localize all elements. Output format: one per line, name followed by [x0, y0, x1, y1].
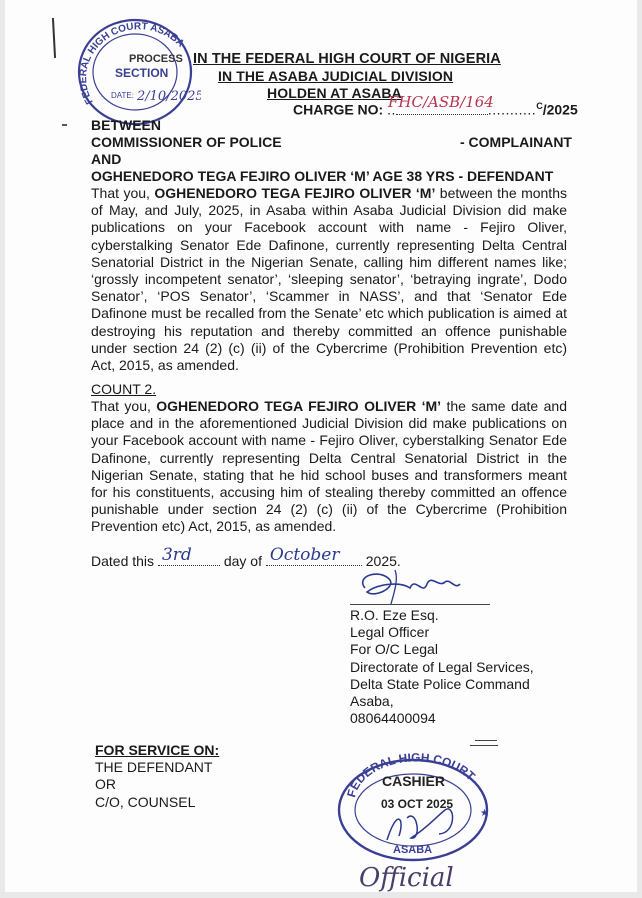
document-page: FEDERAL HIGH COURT ASABA PROCESS SECTION… [5, 0, 637, 892]
svg-text:03 OCT 2025: 03 OCT 2025 [381, 797, 453, 811]
count-2-text: That you, OGHENEDORO TEGA FEJIRO OLIVER … [91, 398, 567, 536]
svg-text:CASHIER: CASHIER [382, 773, 445, 789]
count-1-text: That you, OGHENEDORO TEGA FEJIRO OLIVER … [91, 185, 567, 374]
svg-text:2/10/2025: 2/10/2025 [136, 89, 201, 104]
month-field: October [266, 553, 362, 566]
officer-signature [355, 566, 465, 606]
service-block: FOR SERVICE ON: THE DEFENDANT OR C/O, CO… [95, 742, 219, 811]
svg-text:DATE:: DATE: [111, 91, 134, 100]
process-section-stamp: FEDERAL HIGH COURT ASABA PROCESS SECTION… [73, 14, 201, 126]
charge-label: CHARGE NO: [293, 102, 383, 118]
cashier-stamp: FEDERAL HIGH COURT CASHIER 03 OCT 2025 A… [327, 748, 497, 892]
signatory-phone: 08064400094 [350, 710, 534, 727]
pen-dash [470, 745, 498, 746]
signatory-directorate: Directorate of Legal Services, [350, 659, 534, 676]
svg-text:Official: Official [359, 863, 454, 892]
signatory-command: Delta State Police Command [350, 676, 534, 693]
svg-text:PROCESS: PROCESS [129, 53, 183, 65]
service-line: OR [95, 776, 219, 793]
service-line: C/O, COUNSEL [95, 794, 219, 811]
division-title: IN THE ASABA JUDICIAL DIVISION [218, 68, 453, 84]
and-label: AND [91, 151, 121, 167]
charge-handwritten-number: FHC/ASB/164 [388, 93, 494, 111]
defendant-name: OGHENEDORO TEGA FEJIRO OLIVER ‘M’ [156, 398, 441, 414]
svg-text:ASABA: ASABA [393, 844, 432, 856]
holden-title: HOLDEN AT ASABA [267, 85, 402, 101]
defendant-line: OGHENEDORO TEGA FEJIRO OLIVER ‘M’ AGE 38… [91, 168, 553, 184]
charge-number: CHARGE NO: .............C/2025 FHC/ASB/1… [293, 101, 578, 118]
signatory-for: For O/C Legal [350, 641, 534, 658]
month-handwritten: October [270, 545, 340, 565]
service-title: FOR SERVICE ON: [95, 742, 219, 759]
charge-year: /2025 [543, 102, 578, 118]
margin-pen-mark [52, 18, 56, 58]
complainant-role: - COMPLAINANT [460, 134, 572, 150]
signature-line [350, 604, 490, 605]
day-handwritten: 3rd [162, 545, 192, 565]
signatory-city: Asaba, [350, 693, 534, 710]
day-field: 3rd [158, 553, 220, 566]
signatory-block: R.O. Eze Esq. Legal Officer For O/C Lega… [350, 607, 534, 727]
svg-text:SECTION: SECTION [115, 66, 168, 80]
svg-text:★: ★ [480, 808, 489, 819]
pen-dash [475, 740, 497, 741]
count-2-heading: COUNT 2. [91, 381, 156, 397]
signatory-title: Legal Officer [350, 624, 534, 641]
between-label: BETWEEN [91, 117, 161, 133]
court-title: IN THE FEDERAL HIGH COURT OF NIGERIA [193, 51, 501, 67]
complainant-name: COMMISSIONER OF POLICE [91, 134, 282, 150]
margin-dot [62, 124, 67, 126]
defendant-name: OGHENEDORO TEGA FEJIRO OLIVER ‘M’ [154, 185, 435, 201]
service-line: THE DEFENDANT [95, 759, 219, 776]
signatory-name: R.O. Eze Esq. [350, 607, 534, 624]
